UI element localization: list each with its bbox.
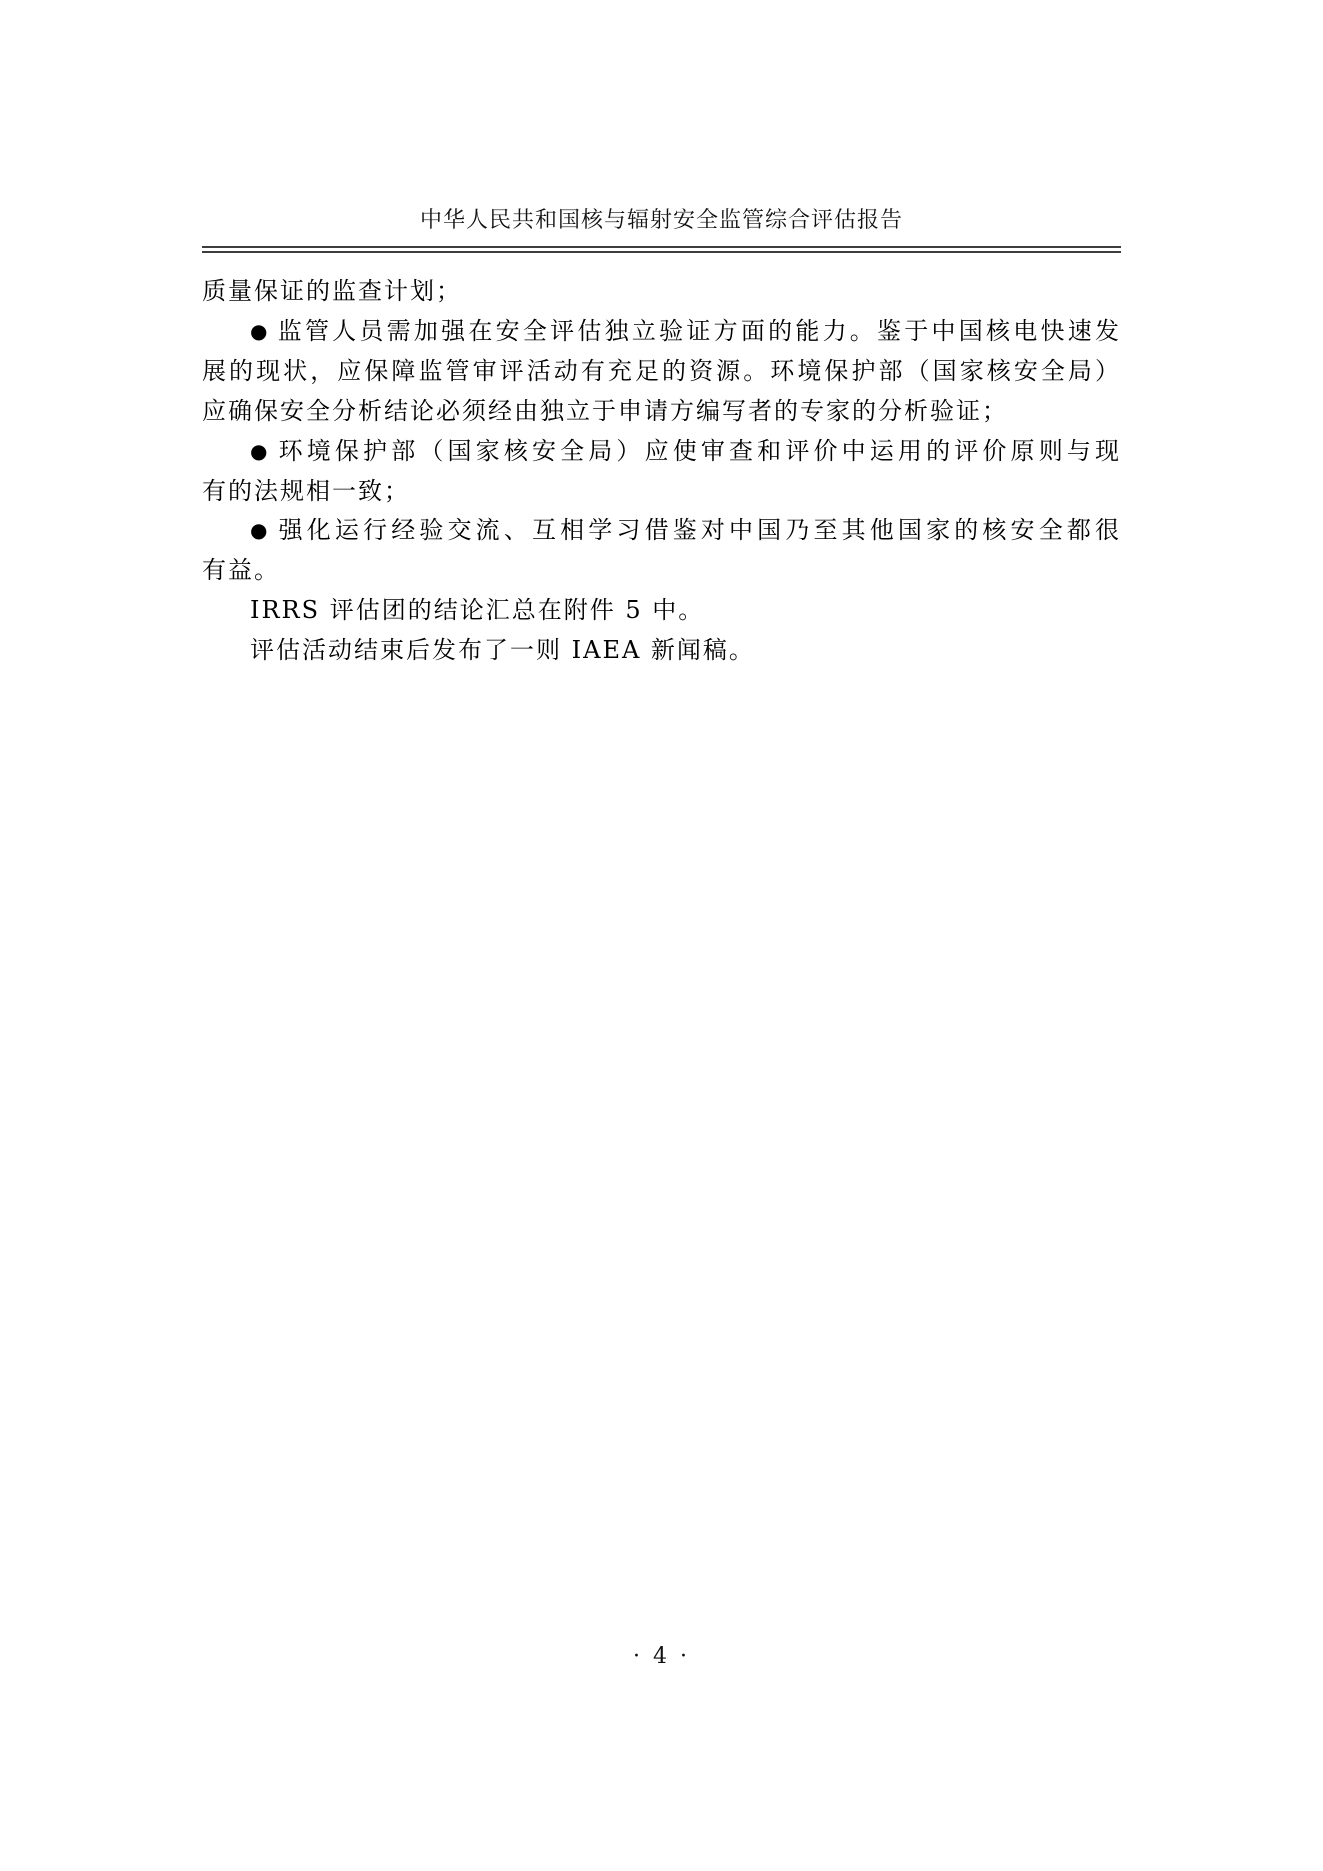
text-line-content: 评估活动结束后发布了一则 IAEA 新闻稿。 <box>250 636 755 664</box>
text-line-content: 监管人员需加强在安全评估独立验证方面的能力。鉴于中国核电快速发 <box>276 317 1121 345</box>
text-line: 质量保证的监查计划； <box>202 272 1121 312</box>
text-line: ●监管人员需加强在安全评估独立验证方面的能力。鉴于中国核电快速发 <box>202 312 1121 352</box>
page-header-title: 中华人民共和国核与辐射安全监管综合评估报告 <box>0 206 1323 236</box>
text-line-content: 环境保护部（国家核安全局）应使审查和评价中运用的评价原则与现 <box>276 437 1121 465</box>
header-double-rule <box>202 246 1121 253</box>
text-line: 有的法规相一致； <box>202 472 1121 512</box>
text-line-content: IRRS 评估团的结论汇总在附件 5 中。 <box>250 596 704 624</box>
text-line-content: 有的法规相一致； <box>202 477 410 505</box>
text-line: IRRS 评估团的结论汇总在附件 5 中。 <box>202 591 1121 631</box>
text-line: 有益。 <box>202 551 1121 591</box>
text-line-content: 有益。 <box>202 556 280 584</box>
bullet-icon: ● <box>250 511 269 551</box>
text-line: 评估活动结束后发布了一则 IAEA 新闻稿。 <box>202 631 1121 671</box>
text-line: ●强化运行经验交流、互相学习借鉴对中国乃至其他国家的核安全都很 <box>202 511 1121 551</box>
text-line-content: 应确保安全分析结论必须经由独立于申请方编写者的专家的分析验证； <box>202 397 1008 425</box>
text-line: 应确保安全分析结论必须经由独立于申请方编写者的专家的分析验证； <box>202 392 1121 432</box>
text-line: ●环境保护部（国家核安全局）应使审查和评价中运用的评价原则与现 <box>202 432 1121 472</box>
text-line-content: 展的现状，应保障监管审评活动有充足的资源。环境保护部（国家核安全局） <box>202 357 1121 385</box>
text-line: 展的现状，应保障监管审评活动有充足的资源。环境保护部（国家核安全局） <box>202 352 1121 392</box>
bullet-icon: ● <box>250 312 269 352</box>
document-page: 中华人民共和国核与辐射安全监管综合评估报告 质量保证的监查计划；●监管人员需加强… <box>0 0 1323 1871</box>
bullet-icon: ● <box>250 432 269 472</box>
body-text: 质量保证的监查计划；●监管人员需加强在安全评估独立验证方面的能力。鉴于中国核电快… <box>202 272 1121 671</box>
text-line-content: 强化运行经验交流、互相学习借鉴对中国乃至其他国家的核安全都很 <box>276 516 1121 544</box>
page-number: · 4 · <box>0 1644 1323 1669</box>
text-line-content: 质量保证的监查计划； <box>202 277 462 305</box>
